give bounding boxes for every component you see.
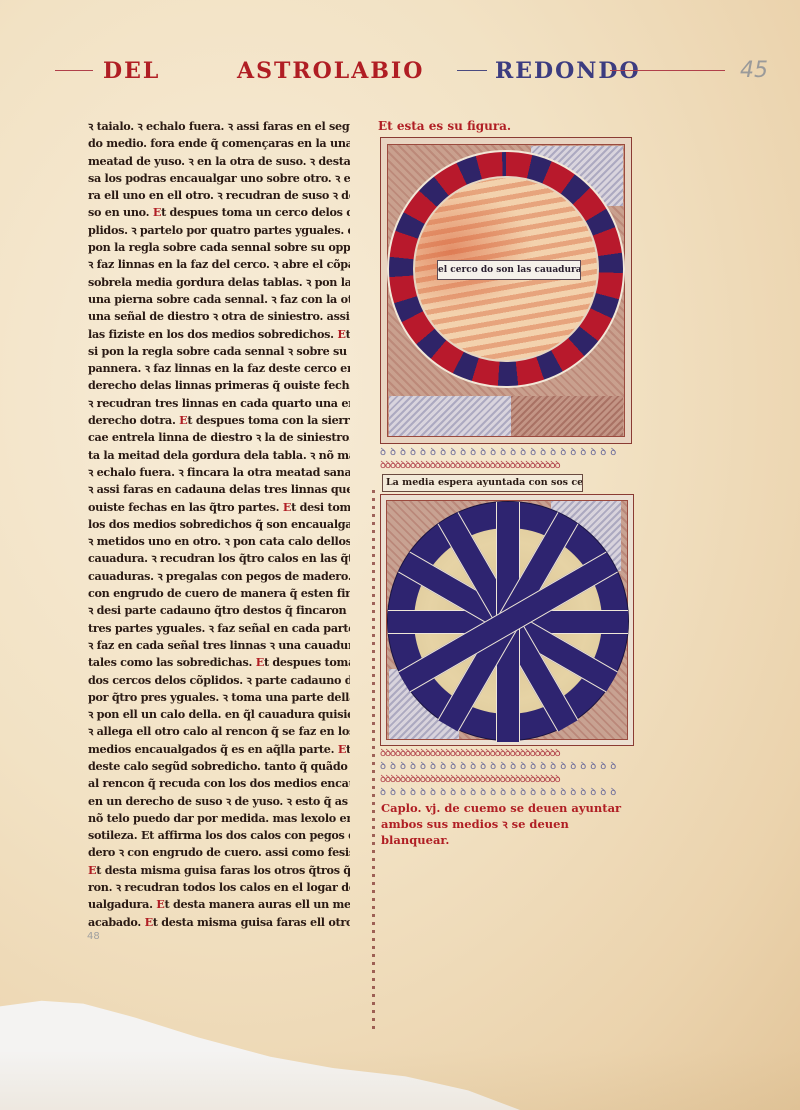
rubric-initial: E xyxy=(256,655,264,669)
text-line: por q̃tro pres yguales. ꝛ toma una parte… xyxy=(88,689,350,706)
ornament-band: ꝺ ꝺ ꝺ ꝺ ꝺ ꝺ ꝺ ꝺ ꝺ ꝺ ꝺ ꝺ ꝺ ꝺ ꝺ ꝺ ꝺ ꝺ ꝺ ꝺ … xyxy=(380,787,632,799)
rubric-initial: E xyxy=(156,897,164,911)
text-line: cauadura. ꝛ recudran los q̃tro calos en … xyxy=(88,550,350,567)
figure-spoked-sphere xyxy=(380,494,634,746)
text-line: ꝛ echalo fuera. ꝛ fincara la otra meatad… xyxy=(88,464,350,481)
text-line: meatad de yuso. ꝛ en la otra de suso. ꝛ … xyxy=(88,153,350,170)
text-line: cauaduras. ꝛ pregalas con pegos de mader… xyxy=(88,568,350,585)
text-line: al rencon q̃ recuda con los dos medios e… xyxy=(88,775,350,792)
text-line: sa los podras encaualgar uno sobre otro.… xyxy=(88,170,350,187)
right-column: Et esta es su figura. xyxy=(378,115,638,134)
figure1-inner-label: el cerco do son las cauaduras xyxy=(437,260,581,280)
left-text-column: ꝛ taialo. ꝛ echalo fuera. ꝛ assi faras e… xyxy=(88,118,350,931)
text-line: ꝛ allega ell otro calo al rencon q̃ se f… xyxy=(88,723,350,740)
ornament-band: ꝺꝺꝺꝺꝺꝺꝺꝺꝺꝺꝺꝺꝺꝺꝺꝺꝺꝺꝺꝺꝺꝺꝺꝺꝺꝺꝺꝺꝺꝺꝺꝺꝺꝺꝺꝺ xyxy=(380,460,632,472)
text-line: sotileza. Et affirma los dos calos con p… xyxy=(88,827,350,844)
text-line: cae entrela linna de diestro ꝛ la de sin… xyxy=(88,429,350,446)
segmented-ring: el cerco do son las cauaduras xyxy=(387,150,625,388)
gutter-rule xyxy=(372,490,375,1030)
header-flourish xyxy=(55,70,93,71)
header-word-astrolabio: ASTROLABIO xyxy=(237,58,424,84)
running-header: DEL ASTROLABIO REDONDO xyxy=(55,58,745,88)
text-line: ta la meitad dela gordura dela tabla. ꝛ … xyxy=(88,447,350,464)
text-line: do medio. fora ende q̃ comenҫaras en la … xyxy=(88,135,350,152)
text-line: derecho delas linnas primeras q̃ ouiste … xyxy=(88,377,350,394)
rubric-initial: E xyxy=(283,500,291,514)
text-line: deste calo segũd sobredicho. tanto q̃ qu… xyxy=(88,758,350,775)
text-line: ꝛ assi faras en cadauna delas tres linna… xyxy=(88,481,350,498)
text-line: ualgadura. Et desta manera auras ell un … xyxy=(88,896,350,913)
text-line: ꝛ taialo. ꝛ echalo fuera. ꝛ assi faras e… xyxy=(88,118,350,135)
text-line: ron. ꝛ recudran todos los calos en el lo… xyxy=(88,879,350,896)
header-word-redondo: REDONDO xyxy=(495,58,641,84)
ornament-band: ꝺ ꝺ ꝺ ꝺ ꝺ ꝺ ꝺ ꝺ ꝺ ꝺ ꝺ ꝺ ꝺ ꝺ ꝺ ꝺ ꝺ ꝺ ꝺ ꝺ … xyxy=(380,447,632,459)
page-shadow xyxy=(0,1050,800,1110)
text-line: pon la regla sobre cada sennal sobre su … xyxy=(88,239,350,256)
text-line: so en uno. Et despues toma un cerco delo… xyxy=(88,204,350,221)
text-line: ra ell uno en ell otro. ꝛ recudran de su… xyxy=(88,187,350,204)
text-line: tales como las sobredichas. Et despues t… xyxy=(88,654,350,671)
rubric-initial: E xyxy=(337,327,345,341)
filigree-panel xyxy=(511,396,623,436)
rubric-initial: E xyxy=(153,205,161,219)
text-line: ouiste fechas en las q̃tro partes. Et de… xyxy=(88,499,350,516)
text-line: los dos medios sobredichos q̃ son encaua… xyxy=(88,516,350,533)
text-line: en un derecho de suso ꝛ de yuso. ꝛ esto … xyxy=(88,793,350,810)
ornament-band: ꝺꝺꝺꝺꝺꝺꝺꝺꝺꝺꝺꝺꝺꝺꝺꝺꝺꝺꝺꝺꝺꝺꝺꝺꝺꝺꝺꝺꝺꝺꝺꝺꝺꝺꝺꝺ xyxy=(380,774,632,786)
text-line: ꝛ metidos uno en otro. ꝛ pon cata calo d… xyxy=(88,533,350,550)
text-line: ꝛ desi parte cadauno q̃tro destos q̃ fin… xyxy=(88,602,350,619)
rubric-initial: E xyxy=(338,742,346,756)
text-line: dero ꝛ con engrudo de cuero. assi como f… xyxy=(88,844,350,861)
rubric-initial: E xyxy=(145,915,153,929)
spoked-wheel xyxy=(387,501,629,741)
ornament-band: ꝺ ꝺ ꝺ ꝺ ꝺ ꝺ ꝺ ꝺ ꝺ ꝺ ꝺ ꝺ ꝺ ꝺ ꝺ ꝺ ꝺ ꝺ ꝺ ꝺ … xyxy=(380,761,632,773)
text-line: con engrudo de cuero de manera q̃ esten … xyxy=(88,585,350,602)
text-line: las fiziste en los dos medios sobredicho… xyxy=(88,326,350,343)
figure1-caption: Et esta es su figura. xyxy=(378,119,511,133)
folio-number: 45 xyxy=(740,58,768,83)
margin-note: 48 xyxy=(87,931,100,942)
text-line: ꝛ recudran tres linnas en cada quarto un… xyxy=(88,395,350,412)
header-flourish xyxy=(457,70,487,71)
text-line: pannera. ꝛ faz linnas en la faz deste ce… xyxy=(88,360,350,377)
text-line: una pierna sobre cada sennal. ꝛ faz con … xyxy=(88,291,350,308)
text-line: dos cercos delos cõplidos. ꝛ parte cadau… xyxy=(88,672,350,689)
text-line: derecho dotra. Et despues toma con la si… xyxy=(88,412,350,429)
text-line: sobrela media gordura delas tablas. ꝛ po… xyxy=(88,274,350,291)
text-line: si pon la regla sobre cada sennal ꝛ sobr… xyxy=(88,343,350,360)
text-line: Et desta misma guisa faras los otros q̃t… xyxy=(88,862,350,879)
text-line: nõ telo puedo dar por medida. mas lexolo… xyxy=(88,810,350,827)
figure2-caption: La media espera ayuntada con sos cercos xyxy=(382,474,583,492)
filigree-panel xyxy=(389,396,511,436)
text-line: acabado. Et desta misma guisa faras ell … xyxy=(88,914,350,931)
ornament-band: ꝺꝺꝺꝺꝺꝺꝺꝺꝺꝺꝺꝺꝺꝺꝺꝺꝺꝺꝺꝺꝺꝺꝺꝺꝺꝺꝺꝺꝺꝺꝺꝺꝺꝺꝺꝺ xyxy=(380,748,632,760)
figure-astrolabe-ring: el cerco do son las cauaduras xyxy=(380,137,632,444)
header-flourish xyxy=(610,70,725,71)
text-line: medios encaualgados q̃ es en aq̃lla part… xyxy=(88,741,350,758)
text-line: una señal de diestro ꝛ otra de siniestro… xyxy=(88,308,350,325)
text-line: ꝛ faz linnas en la faz del cerco. ꝛ abre… xyxy=(88,256,350,273)
text-line: ꝛ faz en cada señal tres linnas ꝛ una ca… xyxy=(88,637,350,654)
chapter-heading: Caplo. vj. de cuemo se deuen ayuntar amb… xyxy=(381,800,636,848)
header-word-del: DEL xyxy=(103,58,160,84)
text-line: plidos. ꝛ partelo por quatro partes ygua… xyxy=(88,222,350,239)
rubric-initial: E xyxy=(88,863,96,877)
text-line: tres partes yguales. ꝛ faz señal en cada… xyxy=(88,620,350,637)
text-line: ꝛ pon ell un calo della. en q̃l cauadura… xyxy=(88,706,350,723)
